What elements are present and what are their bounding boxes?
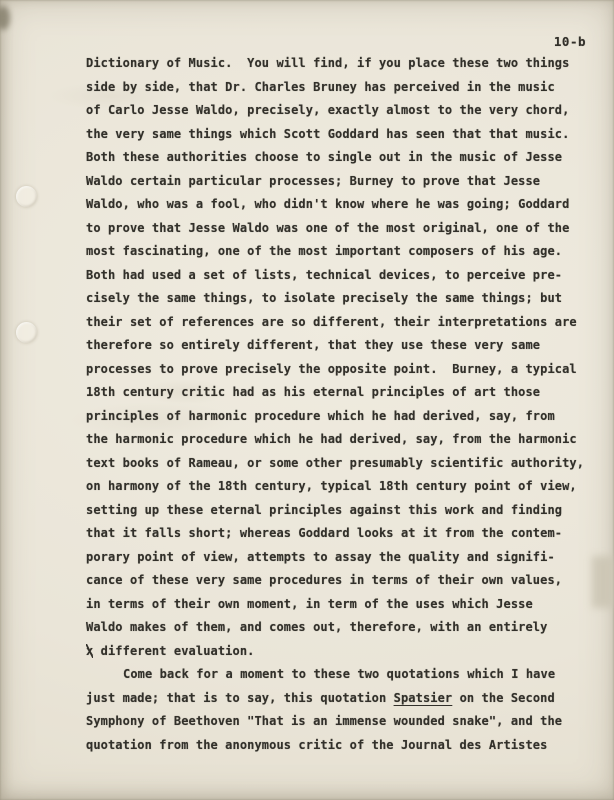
text-segment: cance of these very same procedures in t… xyxy=(86,573,562,587)
text-segment: their set of references are so different… xyxy=(86,315,577,329)
text-line: Both these authorities choose to single … xyxy=(86,146,598,170)
text-line: that it falls short; whereas Goddard loo… xyxy=(86,522,598,546)
text-line: quotation from the anonymous critic of t… xyxy=(86,734,598,758)
text-segment: quotation from the anonymous critic of t… xyxy=(86,738,547,752)
text-segment: text books of Rameau, or some other pres… xyxy=(86,456,584,470)
text-segment: to prove that Jesse Waldo was one of the… xyxy=(86,221,569,235)
text-segment: the very same things which Scott Goddard… xyxy=(86,127,569,141)
text-line: their set of references are so different… xyxy=(86,311,598,335)
text-segment: Come back for a moment to these two quot… xyxy=(123,667,555,681)
text-line: processes to prove precisely the opposit… xyxy=(86,358,598,382)
text-segment: side by side, that Dr. Charles Bruney ha… xyxy=(86,80,555,94)
text-line: therefore so entirely different, that th… xyxy=(86,334,598,358)
text-segment: that it falls short; whereas Goddard loo… xyxy=(86,526,562,540)
typed-text: Dictionary of Music. You will find, if y… xyxy=(86,52,598,757)
text-line: Dictionary of Music. You will find, if y… xyxy=(86,52,598,76)
text-line: x different evaluation. xyxy=(86,640,598,664)
text-line: Waldo makes of them, and comes out, ther… xyxy=(86,616,598,640)
text-line: Both had used a set of lists, technical … xyxy=(86,264,598,288)
text-segment: Waldo makes of them, and comes out, ther… xyxy=(86,620,547,634)
text-segment: Both these authorities choose to single … xyxy=(86,150,562,164)
text-segment: processes to prove precisely the opposit… xyxy=(86,362,577,376)
text-line: Waldo certain particular processes; Burn… xyxy=(86,170,598,194)
text-segment: Dictionary of Music. You will find, if y… xyxy=(86,56,569,70)
scanned-typescript-page: 10-b Dictionary of Music. You will find,… xyxy=(0,0,614,800)
text-line: cisely the same things, to isolate preci… xyxy=(86,287,598,311)
text-line: principles of harmonic procedure which h… xyxy=(86,405,598,429)
text-segment: porary point of view, attempts to assay … xyxy=(86,550,555,564)
text-line: most fascinating, one of the most import… xyxy=(86,240,598,264)
text-line: text books of Rameau, or some other pres… xyxy=(86,452,598,476)
text-segment: in terms of their own moment, in term of… xyxy=(86,597,533,611)
text-segment: cisely the same things, to isolate preci… xyxy=(86,291,562,305)
text-segment: Waldo, who was a fool, who didn't know w… xyxy=(86,197,569,211)
punch-hole xyxy=(16,186,37,207)
text-segment: the harmonic procedure which he had deri… xyxy=(86,432,577,446)
text-segment: of Carlo Jesse Waldo, precisely, exactly… xyxy=(86,103,569,117)
text-line: side by side, that Dr. Charles Bruney ha… xyxy=(86,76,598,100)
text-line: setting up these eternal principles agai… xyxy=(86,499,598,523)
text-line: porary point of view, attempts to assay … xyxy=(86,546,598,570)
text-segment: on harmony of the 18th century, typical … xyxy=(86,479,577,493)
underlined-word: Spatsier xyxy=(394,691,453,705)
text-segment: Symphony of Beethoven "That is an immens… xyxy=(86,714,562,728)
text-segment: just made; that is to say, this quotatio… xyxy=(86,691,394,705)
text-segment: principles of harmonic procedure which h… xyxy=(86,409,555,423)
text-line: Waldo, who was a fool, who didn't know w… xyxy=(86,193,598,217)
scan-corner-mark xyxy=(0,6,10,30)
text-line: in terms of their own moment, in term of… xyxy=(86,593,598,617)
text-segment: different evaluation. xyxy=(93,644,254,658)
text-segment: on the Second xyxy=(452,691,555,705)
text-line: to prove that Jesse Waldo was one of the… xyxy=(86,217,598,241)
text-segment: therefore so entirely different, that th… xyxy=(86,338,540,352)
text-segment: setting up these eternal principles agai… xyxy=(86,503,562,517)
text-line: of Carlo Jesse Waldo, precisely, exactly… xyxy=(86,99,598,123)
text-segment: 18th century critic had as his eternal p… xyxy=(86,385,540,399)
text-line: Come back for a moment to these two quot… xyxy=(86,663,598,687)
text-segment: most fascinating, one of the most import… xyxy=(86,244,562,258)
text-line: cance of these very same procedures in t… xyxy=(86,569,598,593)
punch-hole xyxy=(16,322,37,343)
text-line: just made; that is to say, this quotatio… xyxy=(86,687,598,711)
page-number: 10-b xyxy=(554,34,586,49)
text-line: 18th century critic had as his eternal p… xyxy=(86,381,598,405)
text-segment: Both had used a set of lists, technical … xyxy=(86,268,562,282)
text-line: on harmony of the 18th century, typical … xyxy=(86,475,598,499)
text-line: the harmonic procedure which he had deri… xyxy=(86,428,598,452)
text-segment: Waldo certain particular processes; Burn… xyxy=(86,174,540,188)
text-line: Symphony of Beethoven "That is an immens… xyxy=(86,710,598,734)
text-line: the very same things which Scott Goddard… xyxy=(86,123,598,147)
